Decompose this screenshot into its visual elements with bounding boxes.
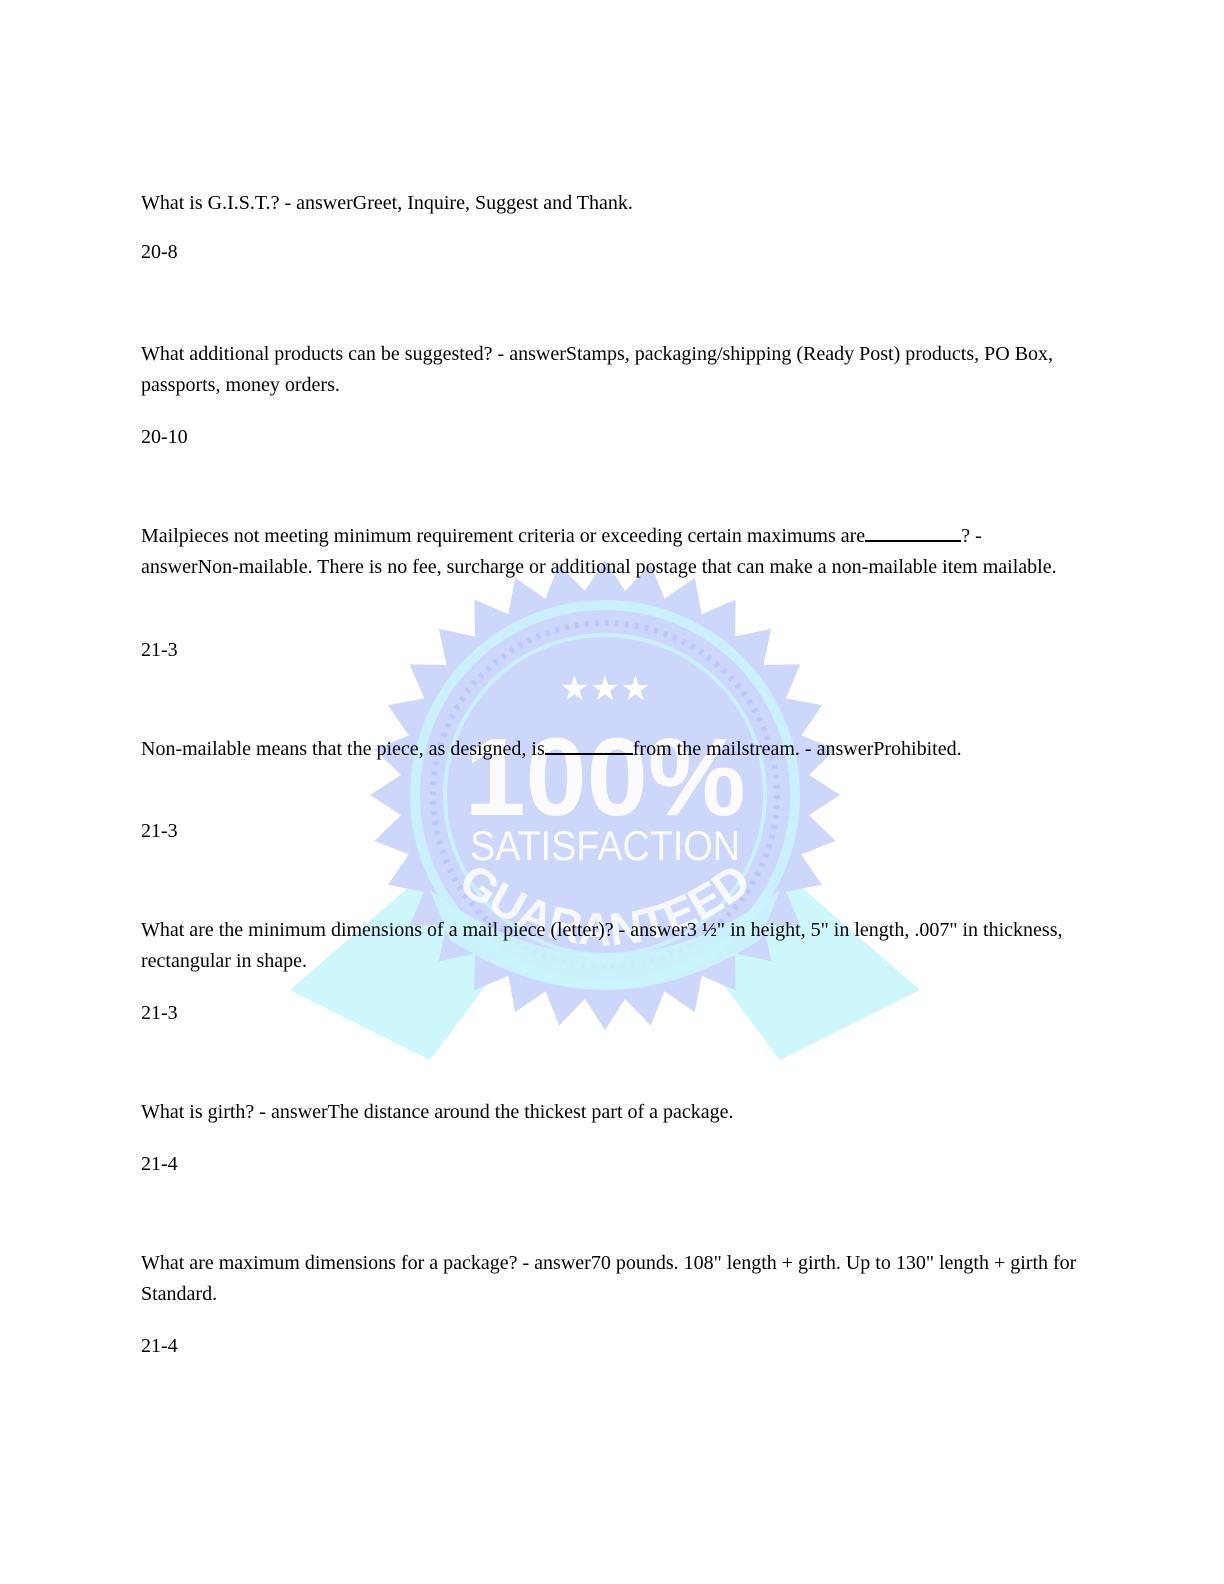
satisfaction-guaranteed-watermark: ★★★ 100% SATISFACTION GUARANTEED bbox=[290, 560, 920, 1060]
reference-number: 21-4 bbox=[141, 1152, 178, 1176]
qa-item: What is girth? - answerThe distance arou… bbox=[141, 1097, 1081, 1128]
reference-number: 21-3 bbox=[141, 819, 178, 843]
watermark-satisfaction: SATISFACTION bbox=[470, 822, 740, 869]
qa-item: Mailpieces not meeting minimum requireme… bbox=[141, 521, 1081, 583]
question-text: What is girth? - answerThe distance arou… bbox=[141, 1097, 1081, 1128]
question-text: What additional products can be suggeste… bbox=[141, 339, 1081, 401]
qa-item: What are the minimum dimensions of a mai… bbox=[141, 915, 1081, 977]
watermark-stars: ★★★ bbox=[559, 669, 650, 709]
question-text: Mailpieces not meeting minimum requireme… bbox=[141, 521, 1081, 583]
reference-number: 20-10 bbox=[141, 425, 188, 449]
question-text: What are maximum dimensions for a packag… bbox=[141, 1248, 1081, 1310]
question-text: What are the minimum dimensions of a mai… bbox=[141, 915, 1081, 977]
reference-number: 21-3 bbox=[141, 1001, 178, 1025]
question-text: What is G.I.S.T.? - answerGreet, Inquire… bbox=[141, 188, 1081, 219]
qa-item: What is G.I.S.T.? - answerGreet, Inquire… bbox=[141, 188, 1081, 219]
reference-number: 20-8 bbox=[141, 240, 178, 264]
qa-item: What additional products can be suggeste… bbox=[141, 339, 1081, 401]
fill-in-blank bbox=[545, 735, 633, 755]
fill-in-blank bbox=[865, 522, 961, 542]
reference-number: 21-3 bbox=[141, 638, 178, 662]
qa-item: Non-mailable means that the piece, as de… bbox=[141, 734, 1081, 765]
reference-number: 21-4 bbox=[141, 1334, 178, 1358]
question-text: Non-mailable means that the piece, as de… bbox=[141, 734, 1081, 765]
qa-item: What are maximum dimensions for a packag… bbox=[141, 1248, 1081, 1310]
